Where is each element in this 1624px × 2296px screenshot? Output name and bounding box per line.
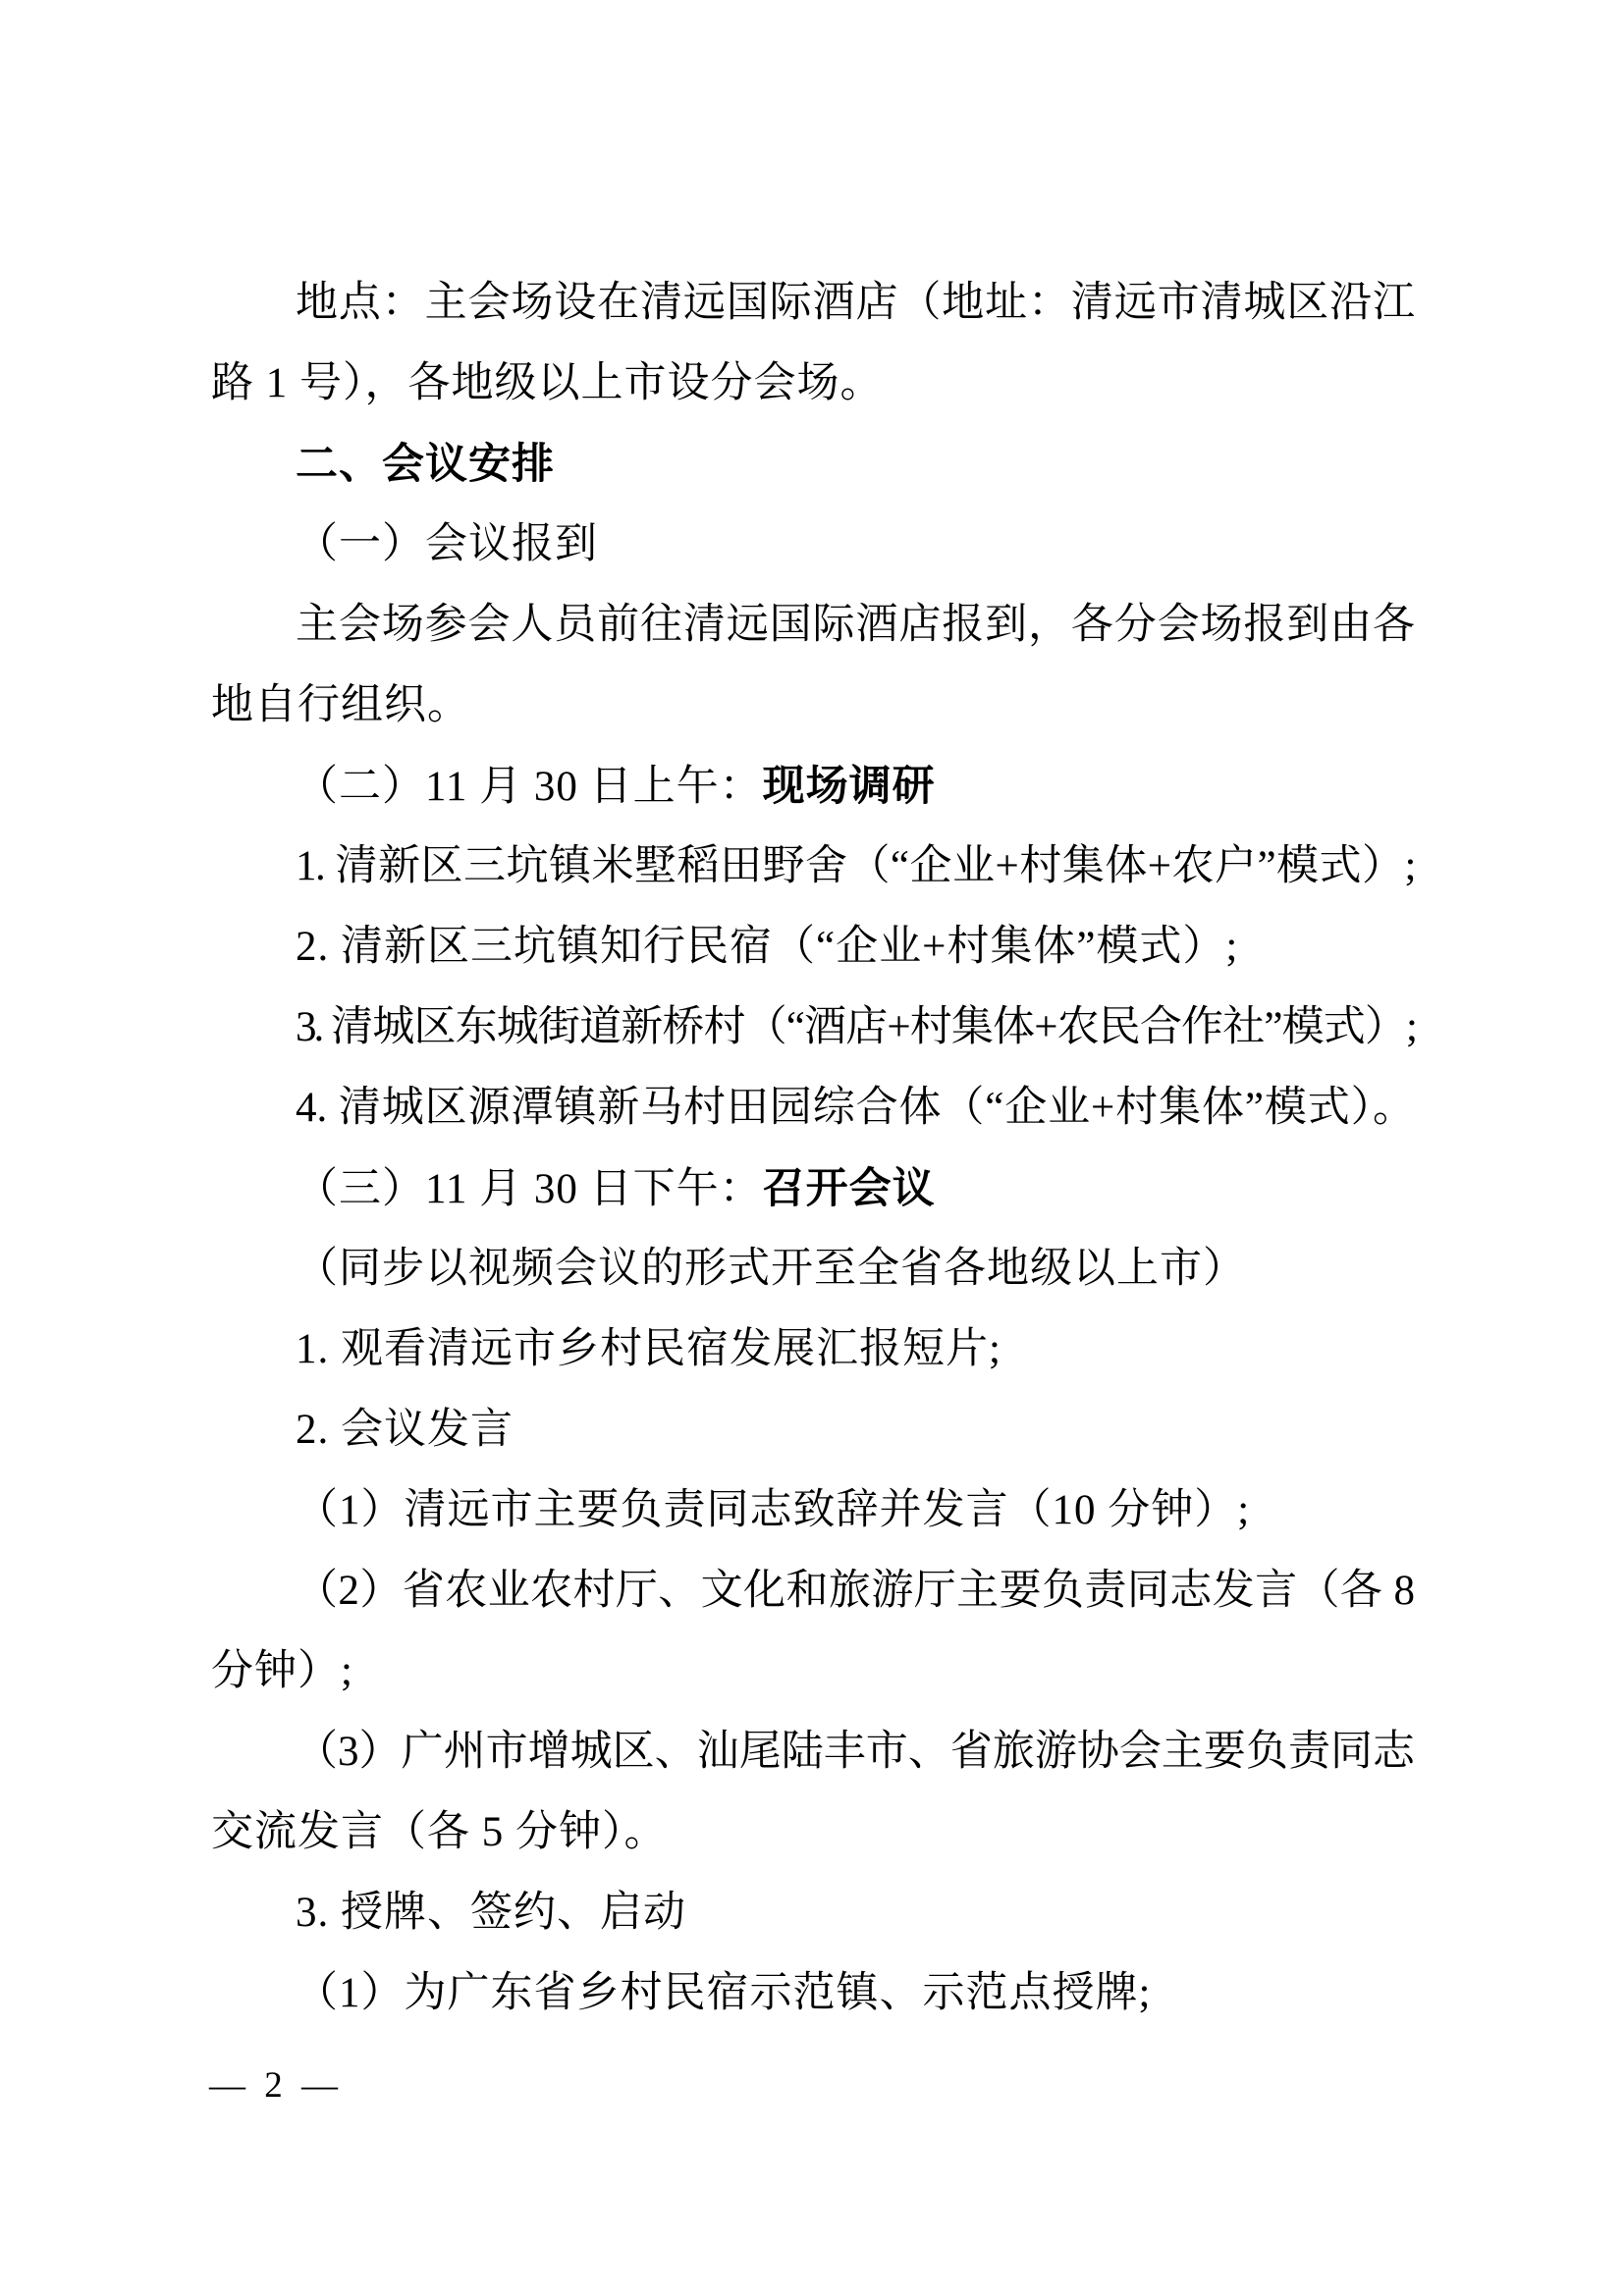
- body-line-registration-cont: 地自行组织。: [211, 666, 1415, 746]
- agenda-activity-heading: 召开会议: [763, 1165, 936, 1212]
- body-line-registration: 主会场参会人员前往清远国际酒店报到，各分会场报到由各: [211, 585, 1415, 666]
- speech-item-3: （3）广州市增城区、汕尾陆丰市、省旅游协会主要负责同志: [211, 1712, 1415, 1792]
- site-visit-item-4: 4. 清城区源潭镇新马村田园综合体（“企业+村集体”模式）。: [211, 1068, 1415, 1148]
- agenda-item-3: 3. 授牌、签约、启动: [211, 1873, 1415, 1953]
- subsection-1-heading: （一）会议报到: [211, 505, 1415, 585]
- body-line-location-cont: 路 1 号），各地级以上市设分会场。: [211, 344, 1415, 424]
- speech-item-3-cont: 交流发言（各 5 分钟）。: [211, 1792, 1415, 1873]
- body-line-location: 地点：主会场设在清远国际酒店（地址：清远市清城区沿江: [211, 263, 1415, 344]
- page-number: — 2 —: [209, 2064, 343, 2108]
- agenda-item-1: 1. 观看清远市乡村民宿发展汇报短片;: [211, 1309, 1415, 1390]
- speech-item-1: （1）清远市主要负责同志致辞并发言（10 分钟）;: [211, 1470, 1415, 1551]
- subsection-3-heading: （三）11 月 30 日下午：召开会议: [211, 1148, 1415, 1229]
- site-visit-item-2: 2. 清新区三坑镇知行民宿（“企业+村集体”模式）;: [211, 907, 1415, 988]
- award-item-1: （1）为广东省乡村民宿示范镇、示范点授牌;: [211, 1953, 1415, 2034]
- speech-item-2-cont: 分钟）;: [211, 1631, 1415, 1712]
- agenda-time-prefix: （三）11 月 30 日下午：: [296, 1166, 763, 1212]
- document-body: 地点：主会场设在清远国际酒店（地址：清远市清城区沿江 路 1 号），各地级以上市…: [211, 263, 1415, 2034]
- subsection-2-heading: （二）11 月 30 日上午：现场调研: [211, 746, 1415, 827]
- section-2-heading: 二、会议安排: [211, 424, 1415, 505]
- speech-item-2: （2）省农业农村厅、文化和旅游厅主要负责同志发言（各 8: [211, 1551, 1415, 1631]
- site-visit-item-3: 3. 清城区东城街道新桥村（“酒店+村集体+农民合作社”模式）;: [211, 988, 1415, 1068]
- agenda-activity-heading: 现场调研: [763, 763, 936, 810]
- body-line-video-note: （同步以视频会议的形式开至全省各地级以上市）: [211, 1229, 1415, 1309]
- agenda-item-2: 2. 会议发言: [211, 1390, 1415, 1470]
- document-page: 地点：主会场设在清远国际酒店（地址：清远市清城区沿江 路 1 号），各地级以上市…: [0, 0, 1624, 2296]
- site-visit-item-1: 1. 清新区三坑镇米墅稻田野舍（“企业+村集体+农户”模式）;: [211, 827, 1415, 907]
- agenda-time-prefix: （二）11 月 30 日上午：: [296, 764, 763, 810]
